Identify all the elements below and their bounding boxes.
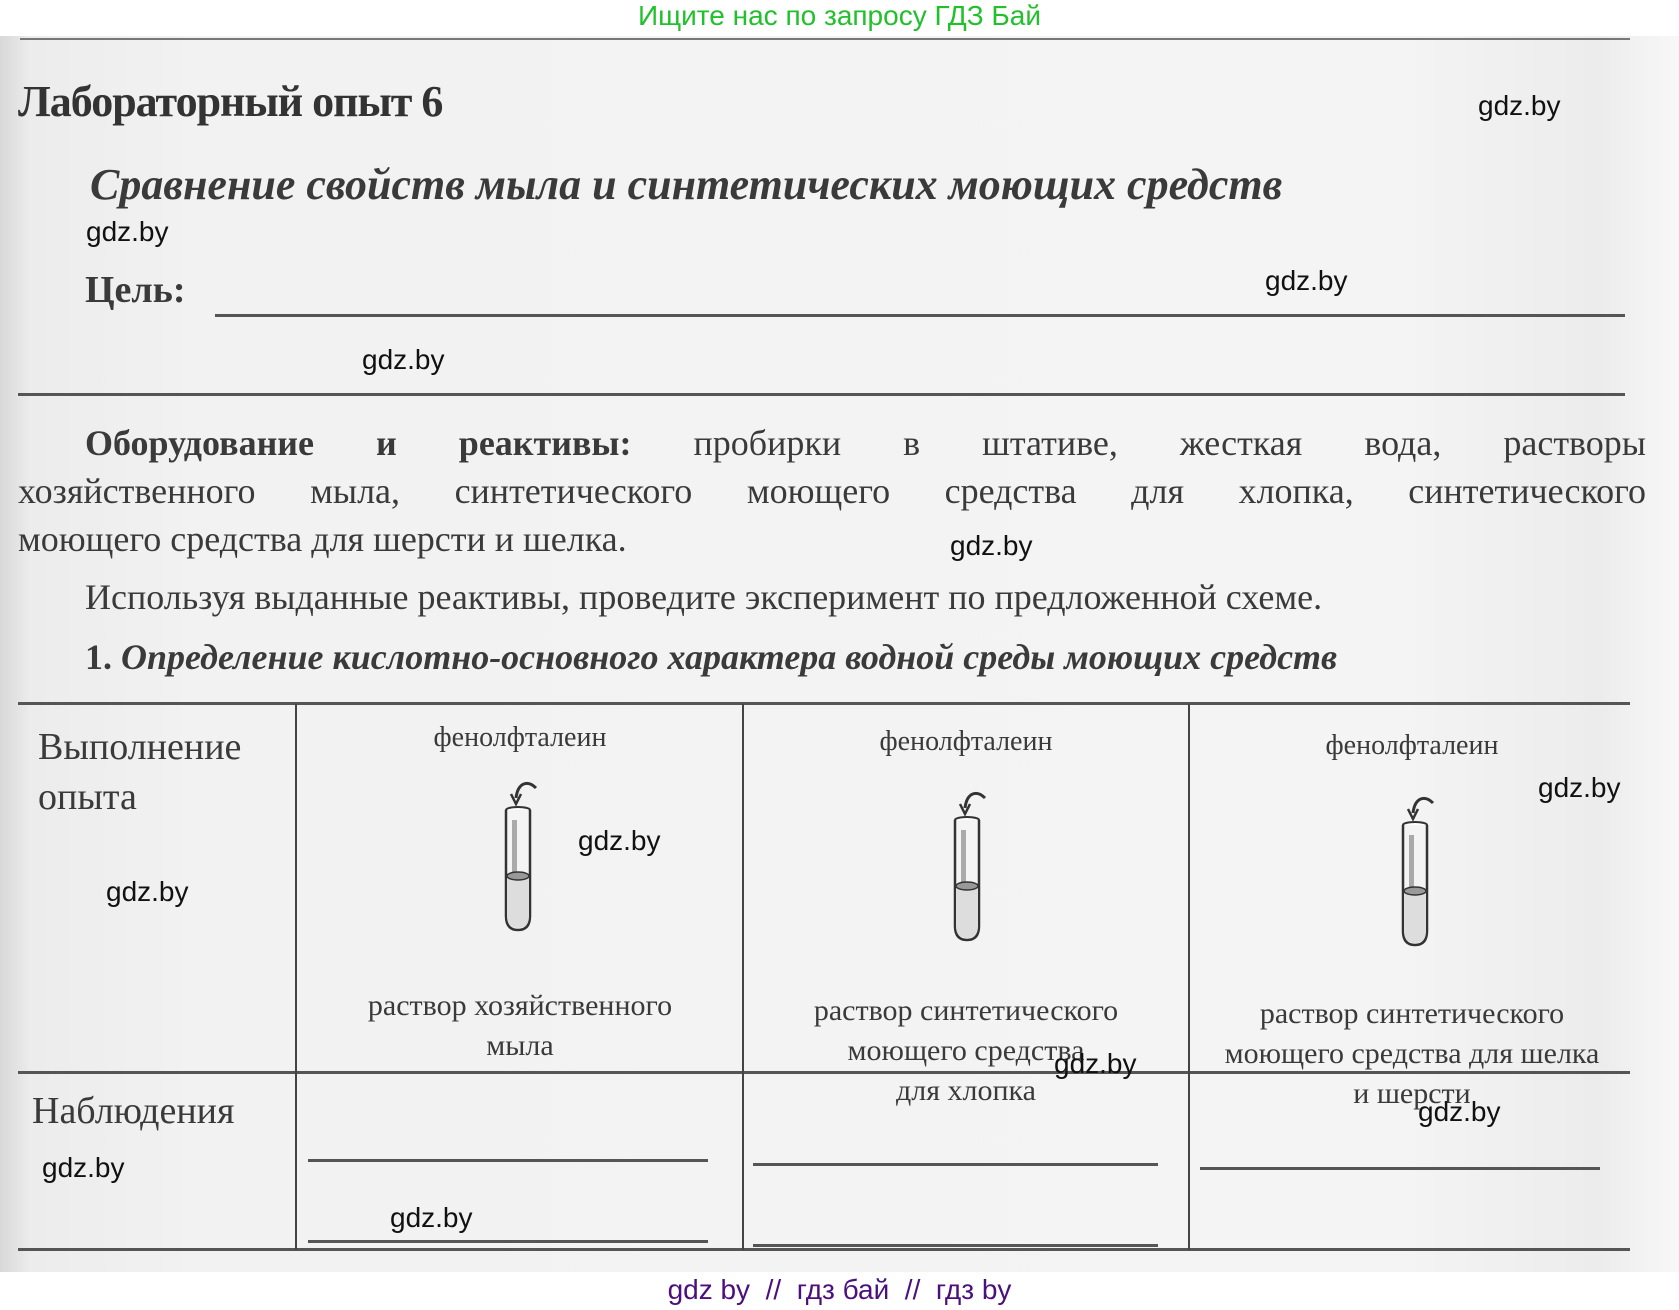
- watermark: gdz.by: [1538, 772, 1621, 804]
- observation-line-3b[interactable]: [1200, 1248, 1600, 1251]
- equipment-paragraph: Оборудование и реактивы: пробирки в штат…: [18, 419, 1646, 563]
- observation-line-1a[interactable]: [308, 1159, 708, 1162]
- watermark: gdz.by: [390, 1202, 473, 1234]
- watermark: gdz.by: [362, 344, 445, 376]
- reagent-label-3: фенолфталеин: [1192, 730, 1632, 762]
- test-tube-icon: [488, 776, 548, 936]
- solution-caption-1: раствор хозяйственного мыла: [300, 986, 740, 1066]
- test-tube-icon: [1385, 791, 1445, 951]
- watermark: gdz.by: [1478, 90, 1561, 122]
- goal-answer-line-1[interactable]: [215, 314, 1625, 317]
- table-divider-3: [1188, 704, 1190, 1250]
- test-tube-icon: [937, 786, 997, 946]
- reagent-label-2: фенолфталеин: [746, 726, 1186, 758]
- observation-line-1b[interactable]: [308, 1240, 708, 1243]
- section-heading: 1. Определение кислотно-основного характ…: [85, 636, 1337, 678]
- observation-line-2b[interactable]: [753, 1244, 1158, 1247]
- reagent-label-1: фенолфталеин: [300, 722, 740, 754]
- footer-watermark: gdz by // гдз бай // гдз by: [0, 1272, 1679, 1310]
- table-divider-1: [295, 704, 297, 1250]
- page-title: Лабораторный опыт 6: [18, 76, 442, 127]
- equipment-label: Оборудование и реактивы:: [85, 423, 632, 463]
- goal-label: Цель:: [85, 268, 186, 312]
- watermark: gdz.by: [106, 876, 189, 908]
- page-subtitle: Сравнение свойств мыла и синтетических м…: [90, 159, 1282, 210]
- observation-line-3a[interactable]: [1200, 1167, 1600, 1170]
- watermark: gdz.by: [1054, 1048, 1137, 1080]
- solution-caption-3: раствор синтетического моющего средства …: [1192, 994, 1632, 1114]
- watermark: gdz.by: [1418, 1096, 1501, 1128]
- workbook-page: Лабораторный опыт 6 Сравнение свойств мы…: [0, 36, 1679, 1272]
- watermark: gdz.by: [42, 1152, 125, 1184]
- task-instruction: Используя выданные реактивы, проведите э…: [85, 576, 1322, 618]
- table-divider-2: [742, 704, 744, 1250]
- top-rule: [20, 38, 1630, 40]
- watermark: gdz.by: [1265, 265, 1348, 297]
- watermark: gdz.by: [578, 825, 661, 857]
- goal-answer-line-2[interactable]: [18, 393, 1625, 396]
- table-top-rule: [18, 702, 1630, 705]
- search-banner: Ищите нас по запросу ГДЗ Бай: [0, 0, 1679, 36]
- watermark: gdz.by: [86, 216, 169, 248]
- row-label-observations: Наблюдения: [32, 1086, 234, 1136]
- observation-line-2a[interactable]: [753, 1163, 1158, 1166]
- row-label-execution: Выполнение опыта: [38, 722, 241, 822]
- watermark: gdz.by: [950, 530, 1033, 562]
